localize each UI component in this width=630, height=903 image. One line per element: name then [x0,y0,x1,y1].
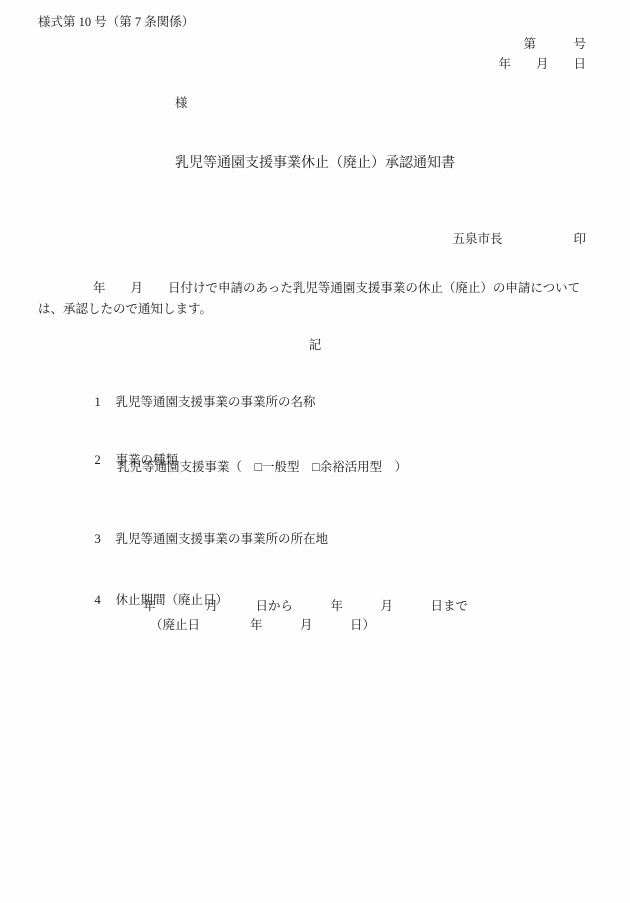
document-title: 乳児等通園支援事業休止（廃止）承認通知書 [0,156,630,172]
list-item-1: 1乳児等通園支援事業の事業所の名称 [82,381,316,424]
record-marker: 記 [0,338,630,352]
item-4-abolition-date-blanks: （廃止日 年 月 日） [150,618,375,632]
document-page: 様式第 10 号（第 7 条関係） 第 号 年 月 日 様 乳児等通園支援事業休… [0,0,630,903]
item-2-number: 2 [95,453,116,467]
issuer-line: 五泉市長印 [440,218,586,261]
list-item-3: 3乳児等通園支援事業の事業所の所在地 [82,518,328,561]
item-3-number: 3 [95,532,116,546]
form-number-label: 様式第 10 号（第 7 条関係） [38,15,194,29]
item-2-business-type-options: 乳児等通園支援事業（ □一般型 □余裕活用型 ） [117,460,407,474]
body-paragraph-line-1: 年 月 日付けで申請のあった乳児等通園支援事業の休止（廃止）の申請について [93,281,580,295]
item-4-suspension-period-blanks: 年 月 日から 年 月 日まで [143,599,468,613]
seal-mark: 印 [573,232,586,246]
item-1-number: 1 [95,395,116,409]
document-number-line: 第 号 [523,37,586,51]
recipient-honorific: 様 [175,96,188,110]
item-3-label: 乳児等通園支援事業の事業所の所在地 [116,532,329,546]
item-1-label: 乳児等通園支援事業の事業所の名称 [116,395,316,409]
document-date-line: 年 月 日 [498,57,586,71]
item-4-number: 4 [95,593,116,607]
issuer-name: 五泉市長 [452,232,502,246]
body-paragraph-line-2: は、承認したので通知します。 [38,302,212,316]
